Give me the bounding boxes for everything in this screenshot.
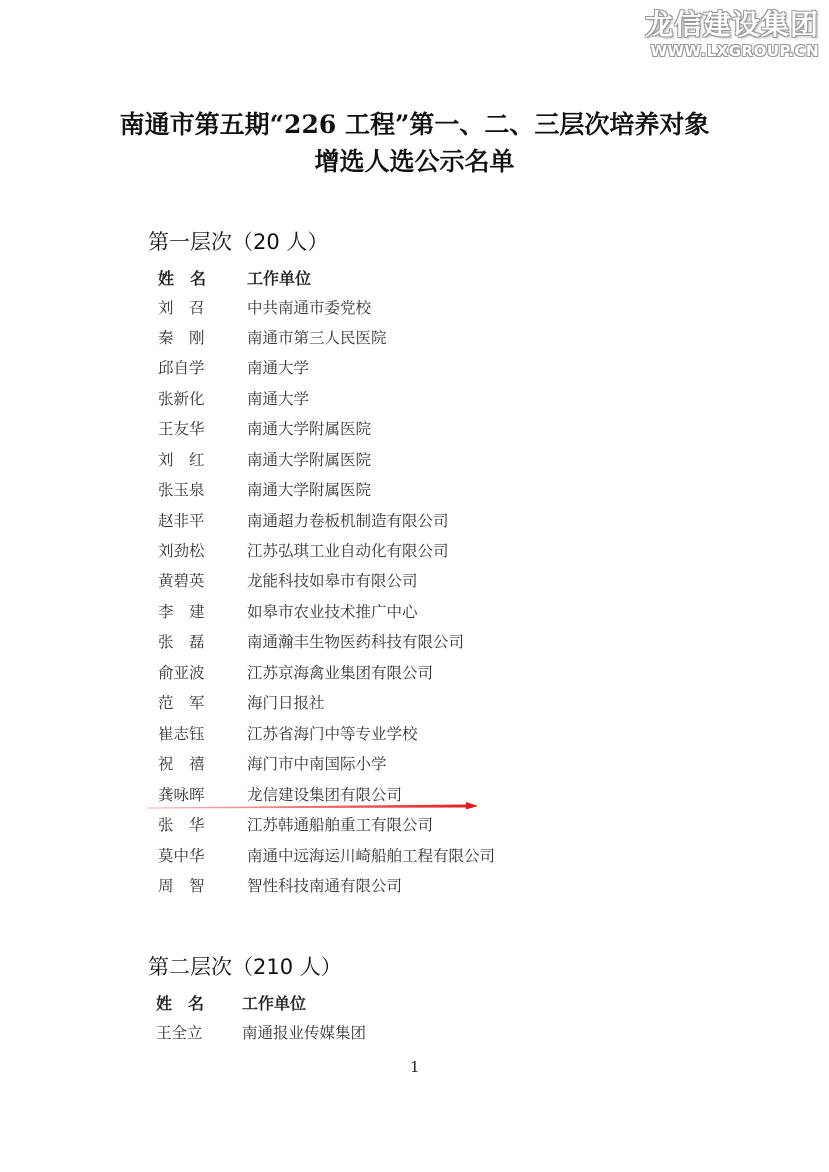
person-name: 张新化 xyxy=(158,387,208,409)
work-unit: 如皋市农业技术推广中心 xyxy=(247,600,418,622)
section-heading-level1: 第一层次（20 人） xyxy=(148,226,328,256)
page-number: 1 xyxy=(410,1058,420,1076)
person-name: 刘 召 xyxy=(158,296,208,318)
person-name: 张 华 xyxy=(158,813,208,835)
work-unit: 中共南通市委党校 xyxy=(247,296,371,318)
person-name: 莫中华 xyxy=(158,844,208,866)
person-name: 邱自学 xyxy=(158,356,208,378)
person-name: 刘 红 xyxy=(158,448,208,470)
work-unit: 江苏弘琪工业自动化有限公司 xyxy=(247,539,449,561)
watermark-url: WWW.LXGROUP.CN xyxy=(645,42,819,60)
column-header-org: 工作单位 xyxy=(247,266,311,289)
person-name: 秦 刚 xyxy=(158,326,208,348)
work-unit: 海门市中南国际小学 xyxy=(247,752,387,774)
work-unit: 南通大学 xyxy=(247,356,309,378)
person-name: 王全立 xyxy=(156,1021,206,1043)
work-unit: 南通大学 xyxy=(247,387,309,409)
section-heading-level2: 第二层次（210 人） xyxy=(148,951,342,981)
watermark: 龙信建设集团 WWW.LXGROUP.CN xyxy=(645,8,819,60)
work-unit: 南通报业传媒集团 xyxy=(242,1021,366,1043)
watermark-brand: 龙信建设集团 xyxy=(645,8,819,42)
work-unit: 南通市第三人民医院 xyxy=(247,326,387,348)
document-title-line2: 增选人选公示名单 xyxy=(0,142,829,178)
work-unit: 南通超力卷板机制造有限公司 xyxy=(247,509,449,531)
work-unit: 南通瀚丰生物医药科技有限公司 xyxy=(247,630,464,652)
person-name: 赵非平 xyxy=(158,509,208,531)
column-header-name: 姓 名 xyxy=(156,991,204,1014)
work-unit: 智性科技南通有限公司 xyxy=(247,874,402,896)
person-name: 周 智 xyxy=(158,874,208,896)
red-arrow-icon xyxy=(148,800,478,812)
person-name: 祝 禧 xyxy=(158,752,208,774)
person-name: 王友华 xyxy=(158,417,208,439)
work-unit: 江苏京海禽业集团有限公司 xyxy=(247,661,433,683)
work-unit: 龙能科技如皋市有限公司 xyxy=(247,569,418,591)
work-unit: 南通大学附属医院 xyxy=(247,417,371,439)
work-unit: 南通大学附属医院 xyxy=(247,478,371,500)
person-name: 张玉泉 xyxy=(158,478,208,500)
person-name: 刘劲松 xyxy=(158,539,208,561)
column-header-name: 姓 名 xyxy=(158,266,206,289)
work-unit: 南通大学附属医院 xyxy=(247,448,371,470)
document-title-line1: 南通市第五期“226 工程”第一、二、三层次培养对象 xyxy=(0,105,829,141)
person-name: 崔志钰 xyxy=(158,722,208,744)
person-name: 范 军 xyxy=(158,691,208,713)
person-name: 俞亚波 xyxy=(158,661,208,683)
work-unit: 江苏韩通船舶重工有限公司 xyxy=(247,813,433,835)
work-unit: 海门日报社 xyxy=(247,691,325,713)
column-header-org: 工作单位 xyxy=(242,991,306,1014)
work-unit: 江苏省海门中等专业学校 xyxy=(247,722,418,744)
person-name: 张 磊 xyxy=(158,630,208,652)
person-name: 黄碧英 xyxy=(158,569,208,591)
person-name: 李 建 xyxy=(158,600,208,622)
work-unit: 南通中远海运川崎船舶工程有限公司 xyxy=(247,844,495,866)
